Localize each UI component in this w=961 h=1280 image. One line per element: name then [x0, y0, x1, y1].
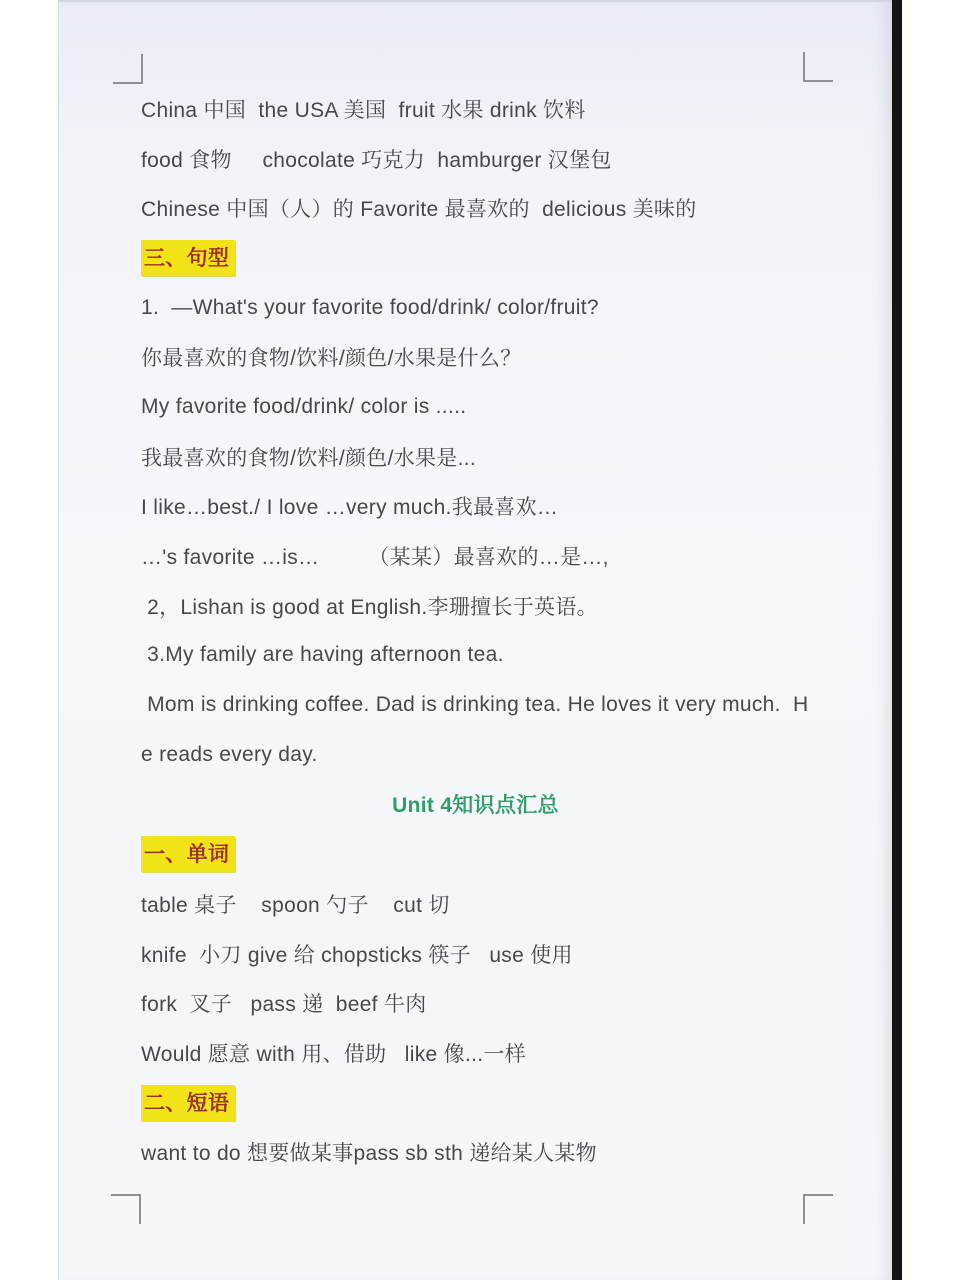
text-line: 我最喜欢的食物/饮料/颜色/水果是... — [141, 432, 852, 482]
text-line: food 食物 chocolate 巧克力 hamburger 汉堡包 — [141, 134, 852, 184]
text-line: want to do 想要做某事pass sb sth 递给某人某物 — [141, 1127, 852, 1177]
unit-title: Unit 4知识点汇总 — [59, 780, 892, 830]
text-line: Chinese 中国（人）的 Favorite 最喜欢的 delicious 美… — [141, 183, 852, 233]
text-line: Would 愿意 with 用、借助 like 像...一样 — [141, 1028, 852, 1078]
section-heading-highlight: 二、短语 — [141, 1085, 235, 1121]
text-line: Mom is drinking coffee. Dad is drinking … — [141, 680, 852, 730]
text-line: fork 叉子 pass 递 beef 牛肉 — [141, 978, 852, 1028]
document-content: China 中国 the USA 美国 fruit 水果 drink 饮料 fo… — [59, 2, 892, 1177]
section-heading: 一、单词 — [141, 829, 852, 879]
crop-mark-bottom-left — [111, 1194, 141, 1224]
section-heading-highlight: 一、单词 — [141, 836, 235, 872]
text-line: …'s favorite …is… （某某）最喜欢的…是…, — [141, 531, 852, 581]
text-line: My favorite food/drink/ color is ..... — [141, 382, 852, 432]
text-line: 你最喜欢的食物/饮料/颜色/水果是什么？ — [141, 332, 852, 382]
text-line: 1. —What's your favorite food/drink/ col… — [141, 283, 852, 333]
text-line: e reads every day. — [141, 730, 852, 780]
text-line: I like…best./ I love …very much.我最喜欢… — [141, 482, 852, 532]
text-line: table 桌子 spoon 勺子 cut 切 — [141, 879, 852, 929]
section-heading: 三、句型 — [141, 233, 852, 283]
text-line: 2，Lishan is good at English.李珊擅长于英语。 — [141, 581, 852, 631]
page-right-edge — [892, 0, 902, 1280]
document-page: China 中国 the USA 美国 fruit 水果 drink 饮料 fo… — [58, 0, 892, 1280]
text-line: 3.My family are having afternoon tea. — [141, 631, 852, 681]
text-line: knife 小刀 give 给 chopsticks 筷子 use 使用 — [141, 929, 852, 979]
crop-mark-bottom-right — [803, 1194, 833, 1224]
section-heading-highlight: 三、句型 — [141, 240, 235, 276]
text-line: China 中国 the USA 美国 fruit 水果 drink 饮料 — [141, 84, 852, 134]
section-heading: 二、短语 — [141, 1078, 852, 1128]
